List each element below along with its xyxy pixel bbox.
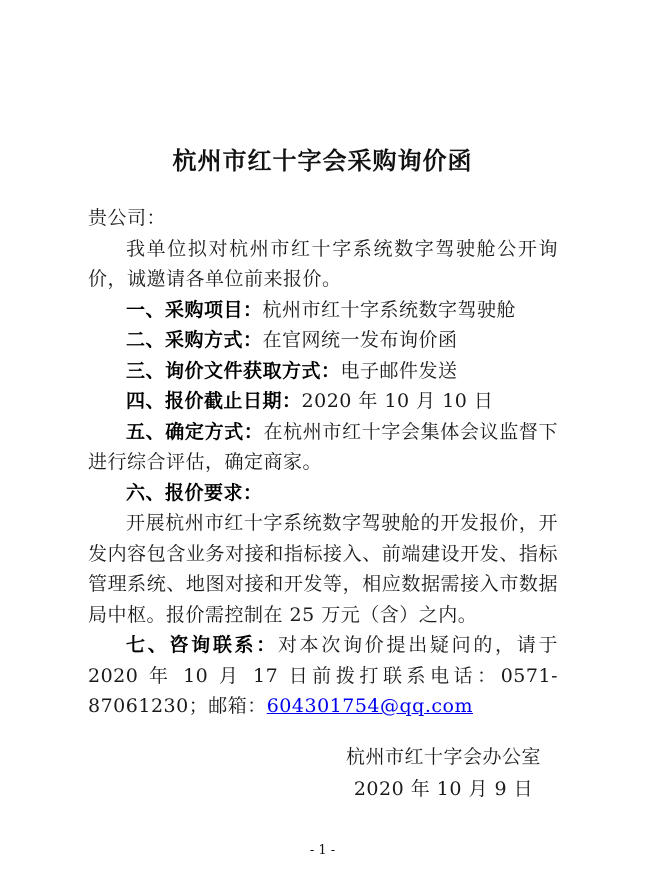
signature-date: 2020 年 10 月 9 日 (346, 773, 541, 805)
signature-organization: 杭州市红十字会办公室 (346, 741, 541, 773)
item-1-label: 一、采购项目： (126, 299, 263, 321)
item-procurement-project: 一、采购项目：杭州市红十字系统数字驾驶舱 (88, 295, 558, 326)
document-page: 杭州市红十字会采购询价函 贵公司： 我单位拟对杭州市红十字系统数字驾驶舱公开询价… (0, 0, 645, 878)
item-2-label: 二、采购方式： (126, 329, 263, 351)
item-7-label: 七、咨询联系： (126, 634, 278, 656)
item-1-text: 杭州市红十字系统数字驾驶舱 (263, 299, 517, 321)
item-quote-requirements: 六、报价要求： (88, 478, 558, 509)
intro-paragraph: 我单位拟对杭州市红十字系统数字驾驶舱公开询价，诚邀请各单位前来报价。 (88, 234, 558, 295)
page-number: - 1 - (310, 843, 335, 858)
item-determination-method: 五、确定方式：在杭州市红十字会集体会议监督下进行综合评估，确定商家。 (88, 417, 558, 478)
item-5-label: 五、确定方式： (126, 421, 264, 443)
item-4-text: 2020 年 10 月 10 日 (302, 390, 494, 412)
item-quote-deadline: 四、报价截止日期：2020 年 10 月 10 日 (88, 386, 558, 417)
item-document-acquisition: 三、询价文件获取方式：电子邮件发送 (88, 356, 558, 387)
item-3-text: 电子邮件发送 (341, 360, 458, 382)
requirement-paragraph: 开展杭州市红十字系统数字驾驶舱的开发报价，开发内容包含业务对接和指标接入、前端建… (88, 508, 558, 630)
item-4-label: 四、报价截止日期： (126, 390, 302, 412)
page-footer: - 1 - (0, 843, 645, 858)
signature-block: 杭州市红十字会办公室 2020 年 10 月 9 日 (346, 741, 541, 805)
contact-email-link[interactable]: 604301754@qq.com (267, 695, 473, 717)
item-6-label: 六、报价要求： (126, 482, 263, 504)
document-body: 贵公司： 我单位拟对杭州市红十字系统数字驾驶舱公开询价，诚邀请各单位前来报价。 … (88, 203, 558, 722)
item-3-label: 三、询价文件获取方式： (126, 360, 341, 382)
item-contact: 七、咨询联系：对本次询价提出疑问的，请于 2020 年 10 月 17 日前拨打… (88, 630, 558, 722)
item-procurement-method: 二、采购方式：在官网统一发布询价函 (88, 325, 558, 356)
document-title: 杭州市红十字会采购询价函 (0, 141, 645, 176)
salutation: 贵公司： (88, 203, 558, 234)
item-2-text: 在官网统一发布询价函 (263, 329, 458, 351)
